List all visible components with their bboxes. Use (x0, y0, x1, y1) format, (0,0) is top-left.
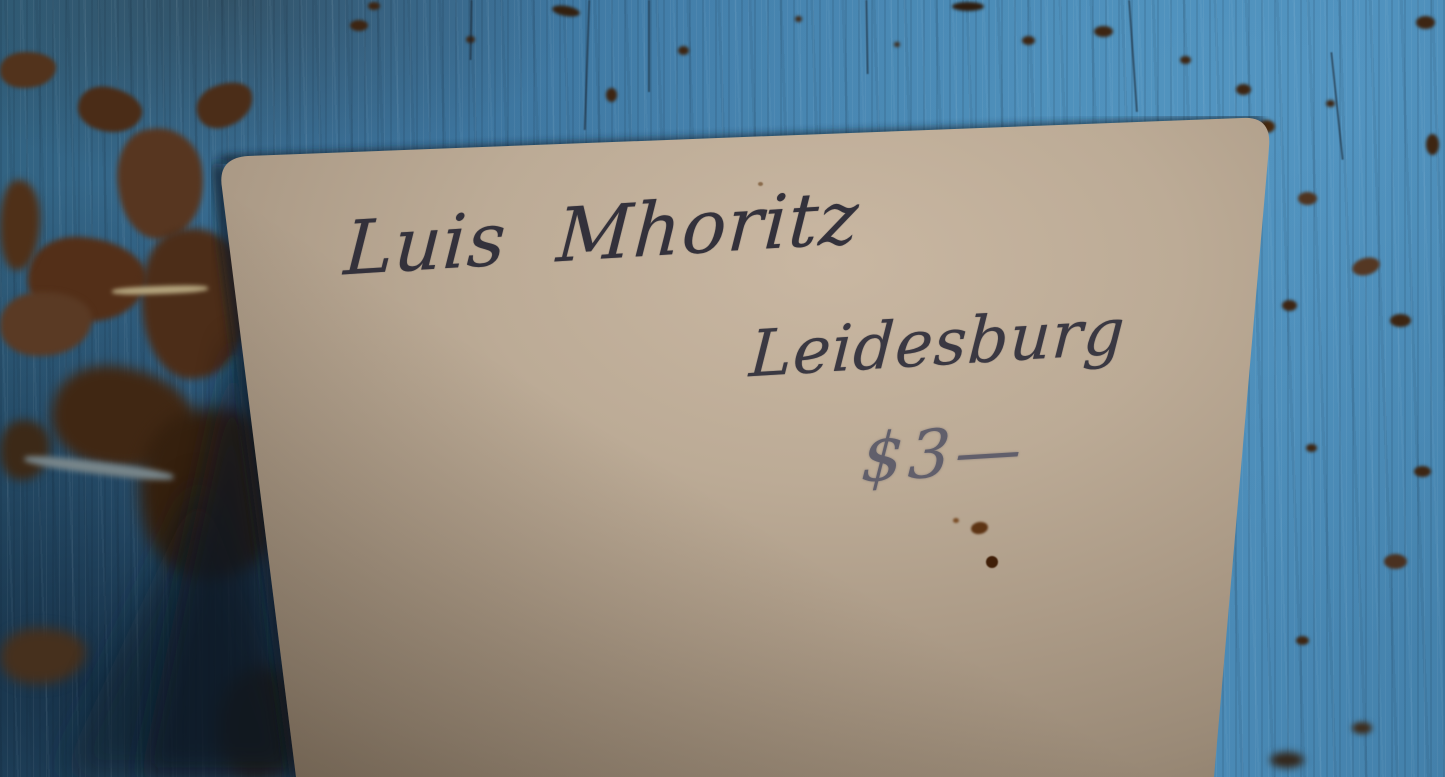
foxing-stain (986, 556, 998, 568)
foxing-stain (953, 518, 959, 523)
handwritten-price-pencil: $3— (859, 410, 1028, 498)
cabinet-card (0, 0, 1445, 777)
photo-antique-card-on-blue-wood: Luis Mhoritz Leidesburg $3— (0, 0, 1445, 777)
foxing-stain (758, 182, 763, 186)
